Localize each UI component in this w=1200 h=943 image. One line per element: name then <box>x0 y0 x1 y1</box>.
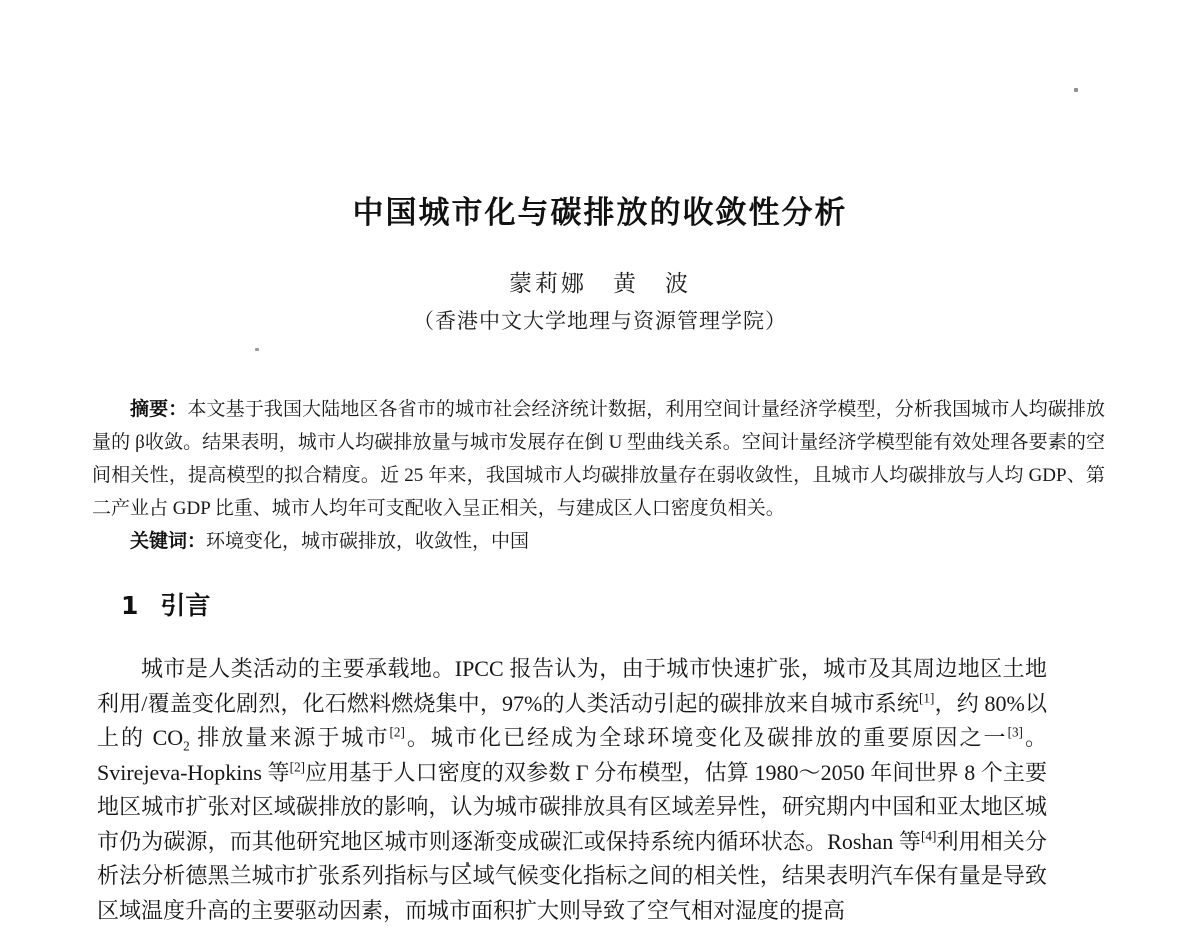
scanned-paper-page: 中国城市化与碳排放的收敛性分析 蒙莉娜 黄 波 （香港中文大学地理与资源管理学院… <box>0 0 1200 943</box>
paper-title: 中国城市化与碳排放的收敛性分析 <box>0 187 1200 232</box>
author-names: 蒙莉娜 黄 波 <box>0 265 1200 298</box>
keywords-label: 关键词： <box>130 530 206 552</box>
section-number: 1 <box>121 591 138 620</box>
keywords-text: 环境变化，城市碳排放，收敛性，中国 <box>206 531 529 552</box>
abstract-text: 本文基于我国大陆地区各省市的城市社会经济统计数据，利用空间计量经济学模型，分析我… <box>92 399 1105 519</box>
author-affiliation: （香港中文大学地理与资源管理学院） <box>0 305 1200 335</box>
keywords-line: 关键词：环境变化，城市碳排放，收敛性，中国 <box>92 525 1105 558</box>
abstract-paragraph: 摘要：本文基于我国大陆地区各省市的城市社会经济统计数据，利用空间计量经济学模型，… <box>92 393 1105 525</box>
section-1-heading: 1引言 <box>121 586 210 622</box>
section-title: 引言 <box>160 591 210 620</box>
scan-speck <box>1074 88 1078 92</box>
abstract-label: 摘要： <box>130 398 187 420</box>
abstract-section: 摘要：本文基于我国大陆地区各省市的城市社会经济统计数据，利用空间计量经济学模型，… <box>92 393 1105 558</box>
introduction-section: 城市是人类活动的主要承载地。IPCC 报告认为，由于城市快速扩张，城市及其周边地… <box>97 652 1047 928</box>
introduction-paragraph: 城市是人类活动的主要承载地。IPCC 报告认为，由于城市快速扩张，城市及其周边地… <box>97 652 1047 928</box>
scan-speck <box>255 348 259 351</box>
